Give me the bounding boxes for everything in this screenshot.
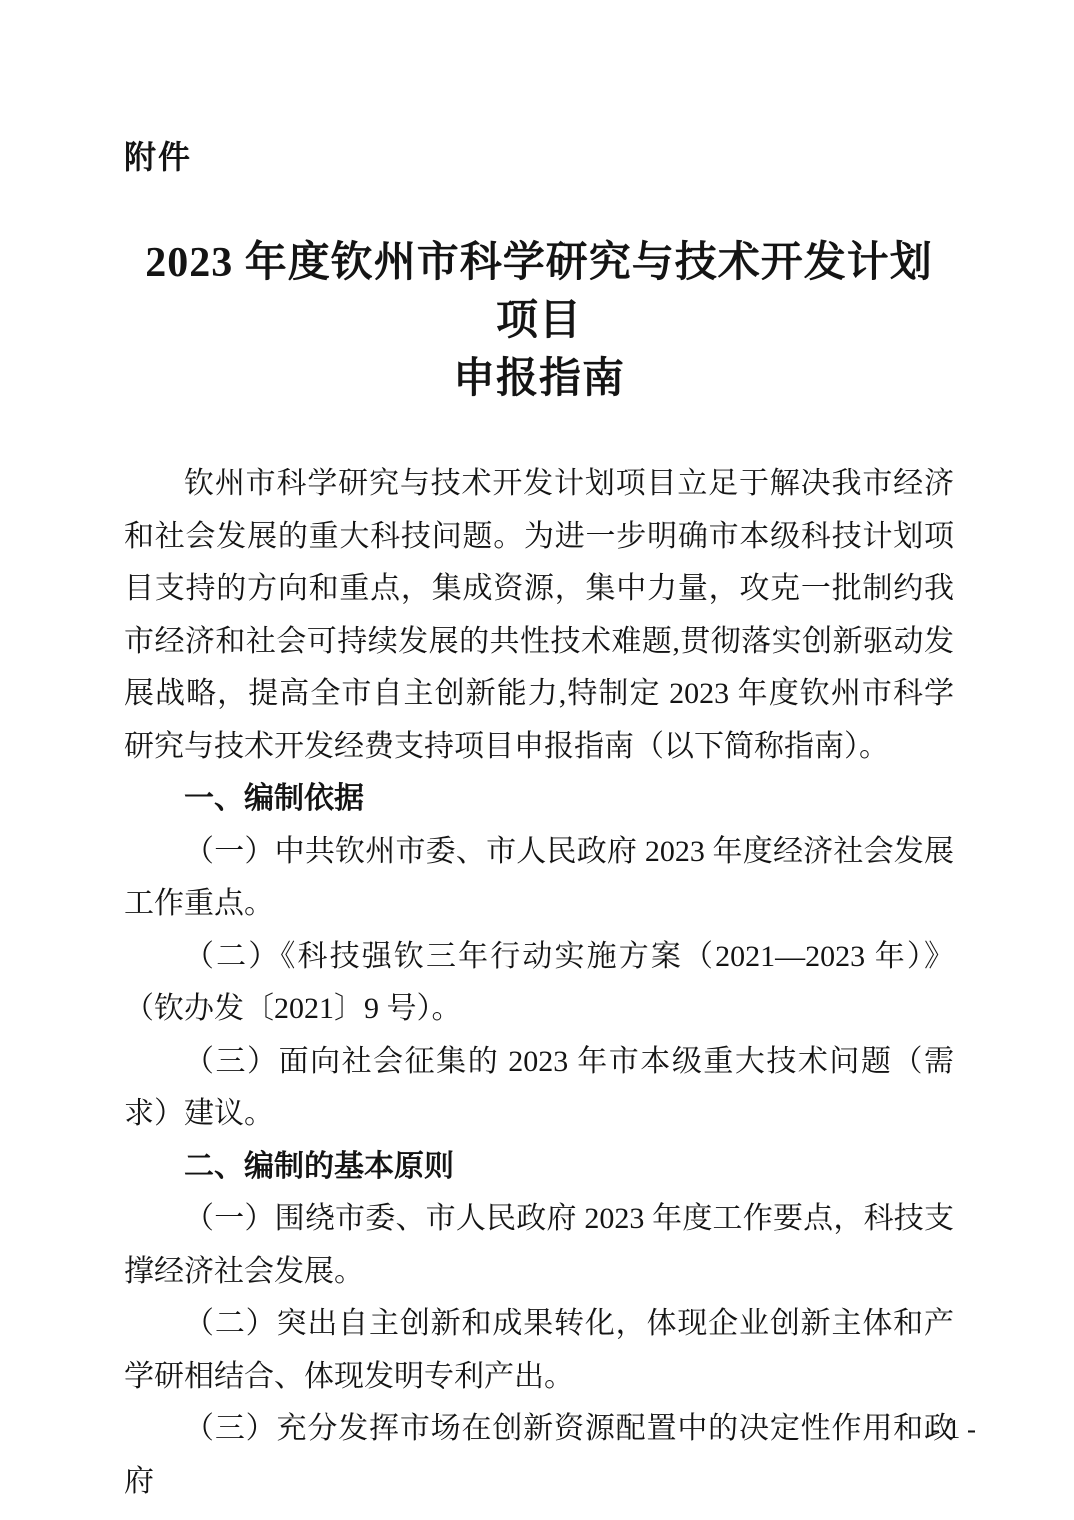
- section-1-heading: 一、编制依据: [124, 773, 954, 826]
- section-2-item-1: （一）围绕市委、市人民政府 2023 年度工作要点，科技支撑经济社会发展。: [124, 1193, 954, 1298]
- document-body: 钦州市科学研究与技术开发计划项目立足于解决我市经济和社会发展的重大科技问题。为进…: [124, 458, 954, 1508]
- document-title-line-1: 2023 年度钦州市科学研究与技术开发计划项目: [124, 234, 954, 350]
- section-1-item-3: （三）面向社会征集的 2023 年市本级重大技术问题（需求）建议。: [124, 1036, 954, 1141]
- intro-paragraph: 钦州市科学研究与技术开发计划项目立足于解决我市经济和社会发展的重大科技问题。为进…: [124, 458, 954, 773]
- document-title: 2023 年度钦州市科学研究与技术开发计划项目 申报指南: [124, 234, 954, 408]
- section-2-heading: 二、编制的基本原则: [124, 1141, 954, 1194]
- document-title-line-2: 申报指南: [124, 350, 954, 408]
- section-1-item-1: （一）中共钦州市委、市人民政府 2023 年度经济社会发展工作重点。: [124, 826, 954, 931]
- section-2-item-3: （三）充分发挥市场在创新资源配置中的决定性作用和政府: [124, 1403, 954, 1508]
- attachment-label: 附件: [124, 138, 954, 176]
- page-number: - 1 -: [931, 1414, 976, 1444]
- section-1-item-2: （二）《科技强钦三年行动实施方案（2021—2023 年）》（钦办发〔2021〕…: [124, 931, 954, 1036]
- section-2-item-2: （二）突出自主创新和成果转化，体现企业创新主体和产学研相结合、体现发明专利产出。: [124, 1298, 954, 1403]
- document-page: 附件 2023 年度钦州市科学研究与技术开发计划项目 申报指南 钦州市科学研究与…: [0, 0, 1074, 1520]
